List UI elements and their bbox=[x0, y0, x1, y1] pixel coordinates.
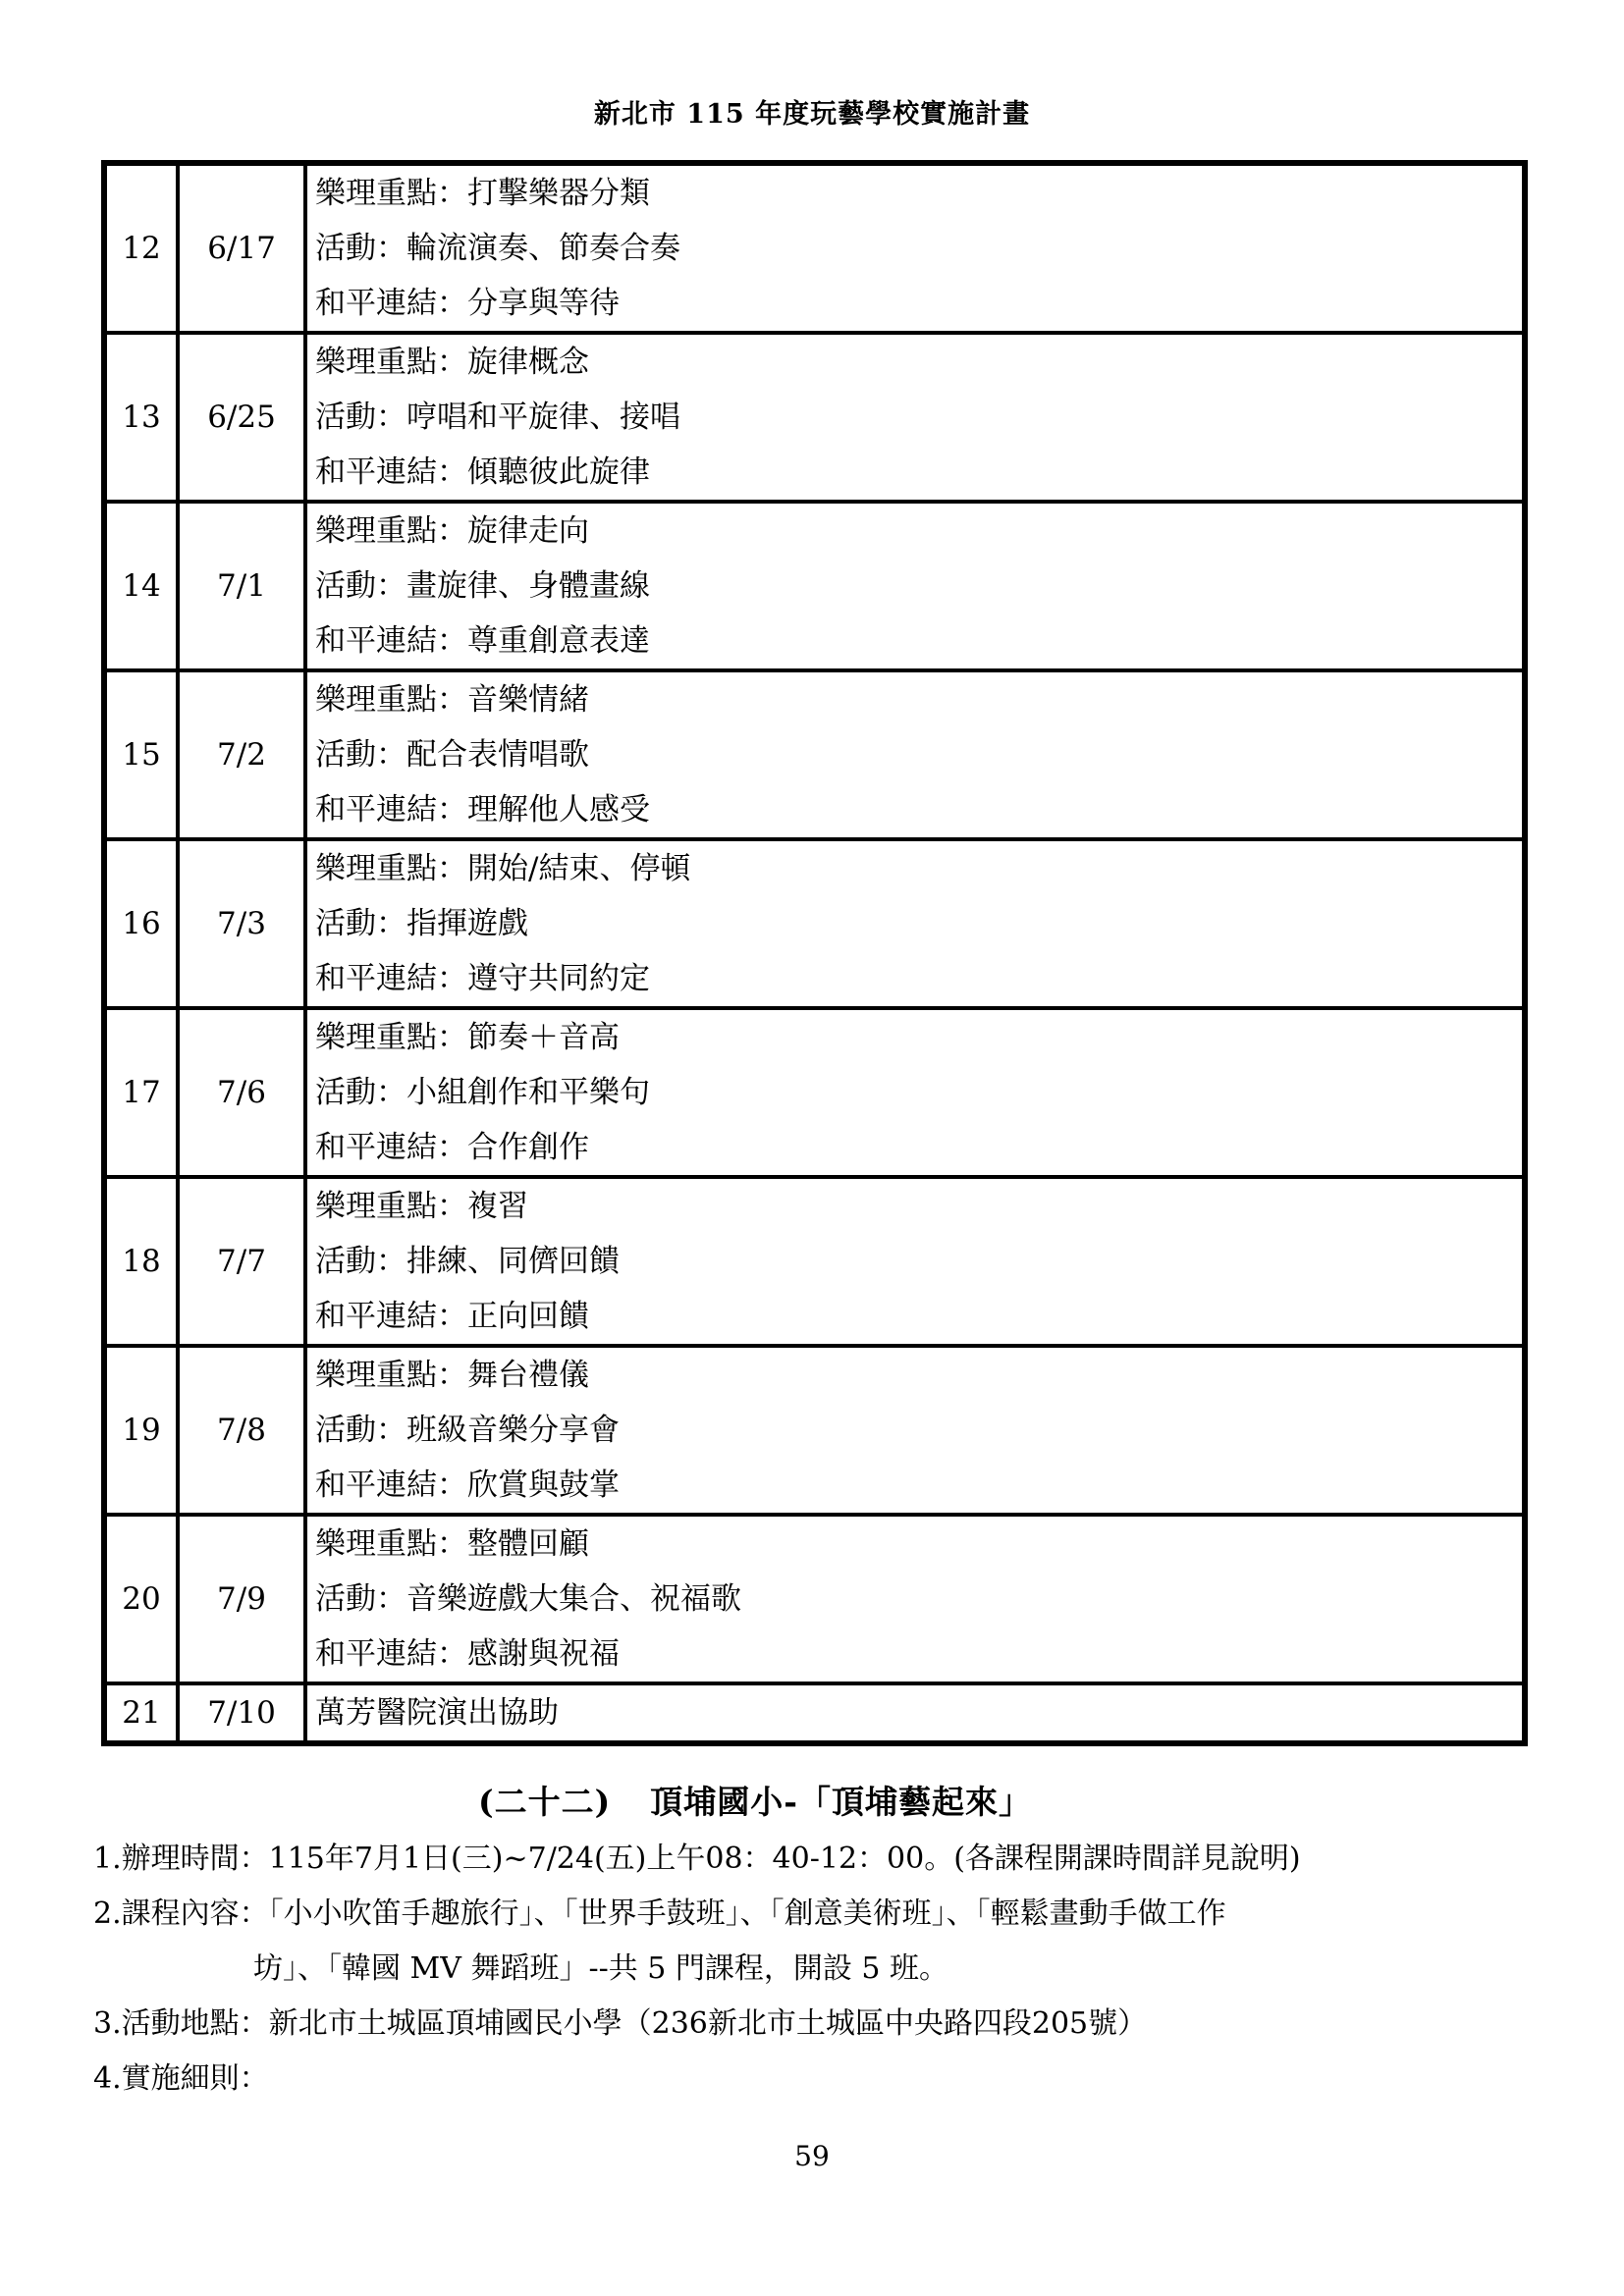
lesson-content-cell: 樂理重點：旋律走向活動：畫旋律、身體畫線和平連結：尊重創意表達 bbox=[305, 502, 1525, 670]
lesson-content-line: 樂理重點：音樂情緒 bbox=[315, 672, 1518, 727]
lesson-content-line: 和平連結：遵守共同約定 bbox=[315, 951, 1518, 1006]
lesson-number-cell: 16 bbox=[104, 839, 178, 1008]
lesson-content-line: 和平連結：正向回饋 bbox=[315, 1289, 1518, 1344]
table-row: 136/25樂理重點：旋律概念活動：哼唱和平旋律、接唱和平連結：傾聽彼此旋律 bbox=[104, 333, 1525, 502]
lesson-date-cell: 7/9 bbox=[178, 1515, 305, 1683]
lesson-content-cell: 樂理重點：整體回顧活動：音樂遊戲大集合、祝福歌和平連結：感謝與祝福 bbox=[305, 1515, 1525, 1683]
table-row: 207/9樂理重點：整體回顧活動：音樂遊戲大集合、祝福歌和平連結：感謝與祝福 bbox=[104, 1515, 1525, 1683]
lesson-date-cell: 7/7 bbox=[178, 1177, 305, 1346]
lesson-content-line: 樂理重點：整體回顧 bbox=[315, 1517, 1518, 1572]
table-row: 177/6樂理重點：節奏＋音高活動：小組創作和平樂句和平連結：合作創作 bbox=[104, 1008, 1525, 1177]
table-row: 157/2樂理重點：音樂情緒活動：配合表情唱歌和平連結：理解他人感受 bbox=[104, 670, 1525, 839]
document-page: 新北市 115 年度玩藝學校實施計畫 126/17樂理重點：打擊樂器分類活動：輪… bbox=[0, 0, 1624, 2296]
lesson-number-cell: 15 bbox=[104, 670, 178, 839]
schedule-table: 126/17樂理重點：打擊樂器分類活動：輪流演奏、節奏合奏和平連結：分享與等待1… bbox=[101, 160, 1528, 1746]
table-row: 126/17樂理重點：打擊樂器分類活動：輪流演奏、節奏合奏和平連結：分享與等待 bbox=[104, 163, 1525, 333]
details-list-line: 2.課程內容：「小小吹笛手趣旅行」、「世界手鼓班」、「創意美術班」、「輕鬆畫動手… bbox=[93, 1887, 1556, 1942]
lesson-number-cell: 18 bbox=[104, 1177, 178, 1346]
lesson-content-line: 和平連結：感謝與祝福 bbox=[315, 1627, 1518, 1682]
lesson-content-line: 和平連結：傾聽彼此旋律 bbox=[315, 445, 1518, 500]
details-list: 1.辦理時間：115年7月1日(三)~7/24(五)上午08：40-12：00。… bbox=[93, 1832, 1556, 2107]
schedule-table-body: 126/17樂理重點：打擊樂器分類活動：輪流演奏、節奏合奏和平連結：分享與等待1… bbox=[104, 163, 1525, 1743]
lesson-content-line: 活動：指揮遊戲 bbox=[315, 896, 1518, 951]
details-list-line: 3.活動地點：新北市土城區頂埔國民小學（236新北市土城區中央路四段205號） bbox=[93, 1997, 1556, 2052]
lesson-content-line: 活動：配合表情唱歌 bbox=[315, 727, 1518, 782]
lesson-content-line: 和平連結：合作創作 bbox=[315, 1120, 1518, 1175]
lesson-content-line: 和平連結：分享與等待 bbox=[315, 276, 1518, 331]
lesson-content-line: 樂理重點：複習 bbox=[315, 1179, 1518, 1234]
lesson-date-cell: 7/10 bbox=[178, 1683, 305, 1743]
lesson-content-line: 和平連結：尊重創意表達 bbox=[315, 614, 1518, 668]
table-row: 217/10萬芳醫院演出協助 bbox=[104, 1683, 1525, 1743]
lesson-content-cell: 樂理重點：節奏＋音高活動：小組創作和平樂句和平連結：合作創作 bbox=[305, 1008, 1525, 1177]
lesson-number-cell: 19 bbox=[104, 1346, 178, 1515]
lesson-number-cell: 13 bbox=[104, 333, 178, 502]
section-heading-number: (二十二) bbox=[478, 1783, 611, 1821]
lesson-number-cell: 12 bbox=[104, 163, 178, 333]
lesson-content-line: 和平連結：欣賞與鼓掌 bbox=[315, 1458, 1518, 1513]
lesson-content-cell: 樂理重點：旋律概念活動：哼唱和平旋律、接唱和平連結：傾聽彼此旋律 bbox=[305, 333, 1525, 502]
details-list-line: 1.辦理時間：115年7月1日(三)~7/24(五)上午08：40-12：00。… bbox=[93, 1832, 1556, 1887]
lesson-content-line: 活動：小組創作和平樂句 bbox=[315, 1065, 1518, 1120]
lesson-number-cell: 20 bbox=[104, 1515, 178, 1683]
lesson-date-cell: 7/8 bbox=[178, 1346, 305, 1515]
section-heading-title: 頂埔國小-「頂埔藝起來」 bbox=[650, 1783, 1032, 1821]
lesson-number-cell: 14 bbox=[104, 502, 178, 670]
lesson-date-cell: 7/3 bbox=[178, 839, 305, 1008]
lesson-content-line: 萬芳醫院演出協助 bbox=[315, 1685, 1518, 1740]
lesson-number-cell: 21 bbox=[104, 1683, 178, 1743]
lesson-date-cell: 6/25 bbox=[178, 333, 305, 502]
table-row: 187/7樂理重點：複習活動：排練、同儕回饋和平連結：正向回饋 bbox=[104, 1177, 1525, 1346]
lesson-content-cell: 樂理重點：開始/結束、停頓活動：指揮遊戲和平連結：遵守共同約定 bbox=[305, 839, 1525, 1008]
details-list-line: 坊」、「韓國 MV 舞蹈班」--共 5 門課程，開設 5 班。 bbox=[93, 1942, 1556, 1997]
lesson-content-cell: 樂理重點：複習活動：排練、同儕回饋和平連結：正向回饋 bbox=[305, 1177, 1525, 1346]
lesson-content-line: 樂理重點：節奏＋音高 bbox=[315, 1010, 1518, 1065]
table-row: 167/3樂理重點：開始/結束、停頓活動：指揮遊戲和平連結：遵守共同約定 bbox=[104, 839, 1525, 1008]
lesson-content-cell: 樂理重點：舞台禮儀活動：班級音樂分享會和平連結：欣賞與鼓掌 bbox=[305, 1346, 1525, 1515]
lesson-content-line: 樂理重點：旋律走向 bbox=[315, 504, 1518, 559]
lesson-content-cell: 樂理重點：打擊樂器分類活動：輪流演奏、節奏合奏和平連結：分享與等待 bbox=[305, 163, 1525, 333]
lesson-number-cell: 17 bbox=[104, 1008, 178, 1177]
document-title: 新北市 115 年度玩藝學校實施計畫 bbox=[0, 92, 1624, 131]
lesson-content-line: 活動：排練、同儕回饋 bbox=[315, 1234, 1518, 1289]
details-list-line: 4.實施細則： bbox=[93, 2052, 1556, 2107]
lesson-content-line: 活動：畫旋律、身體畫線 bbox=[315, 559, 1518, 614]
lesson-content-line: 樂理重點：舞台禮儀 bbox=[315, 1348, 1518, 1403]
lesson-content-line: 活動：班級音樂分享會 bbox=[315, 1403, 1518, 1458]
lesson-content-line: 樂理重點：打擊樂器分類 bbox=[315, 166, 1518, 221]
lesson-date-cell: 7/2 bbox=[178, 670, 305, 839]
table-row: 197/8樂理重點：舞台禮儀活動：班級音樂分享會和平連結：欣賞與鼓掌 bbox=[104, 1346, 1525, 1515]
lesson-date-cell: 6/17 bbox=[178, 163, 305, 333]
page-number: 59 bbox=[0, 2140, 1624, 2172]
lesson-date-cell: 7/1 bbox=[178, 502, 305, 670]
section-heading: (二十二)頂埔國小-「頂埔藝起來」 bbox=[0, 1777, 1567, 1823]
lesson-date-cell: 7/6 bbox=[178, 1008, 305, 1177]
lesson-content-line: 活動：輪流演奏、節奏合奏 bbox=[315, 221, 1518, 276]
lesson-content-cell: 樂理重點：音樂情緒活動：配合表情唱歌和平連結：理解他人感受 bbox=[305, 670, 1525, 839]
table-row: 147/1樂理重點：旋律走向活動：畫旋律、身體畫線和平連結：尊重創意表達 bbox=[104, 502, 1525, 670]
lesson-content-line: 活動：音樂遊戲大集合、祝福歌 bbox=[315, 1572, 1518, 1627]
lesson-content-line: 活動：哼唱和平旋律、接唱 bbox=[315, 390, 1518, 445]
lesson-content-line: 和平連結：理解他人感受 bbox=[315, 782, 1518, 837]
lesson-content-line: 樂理重點：開始/結束、停頓 bbox=[315, 841, 1518, 896]
lesson-content-line: 樂理重點：旋律概念 bbox=[315, 335, 1518, 390]
lesson-content-cell: 萬芳醫院演出協助 bbox=[305, 1683, 1525, 1743]
